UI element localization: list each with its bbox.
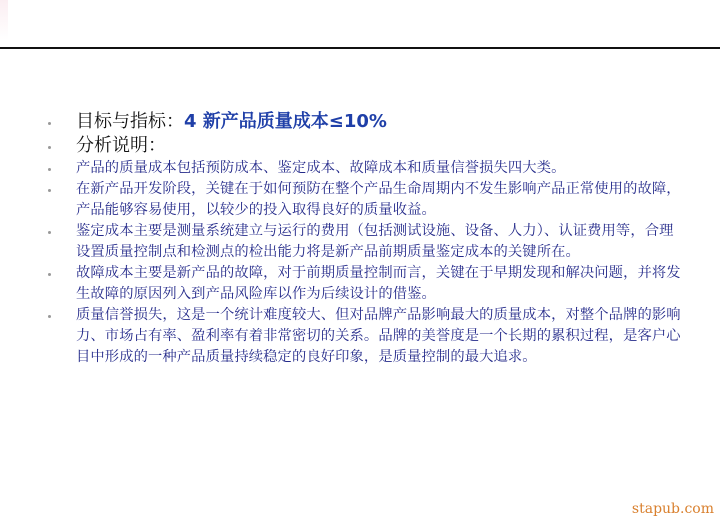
paragraph-text: 质量信誉损失，这是一个统计难度较大、但对品牌产品影响最大的质量成本，对整个品牌的…	[76, 307, 681, 365]
paragraph-prevention: 在新产品开发阶段，关键在于如何预防在整个产品生命周期内不发生影响产品正常使用的故…	[46, 179, 686, 221]
paragraph-reputation: 质量信誉损失，这是一个统计难度较大、但对品牌产品影响最大的质量成本，对整个品牌的…	[46, 305, 686, 368]
paragraph-cost-categories: 产品的质量成本包括预防成本、鉴定成本、故障成本和质量信誉损失四大类。	[46, 158, 686, 179]
corner-decoration	[0, 0, 8, 40]
paragraph-text: 在新产品开发阶段，关键在于如何预防在整个产品生命周期内不发生影响产品正常使用的故…	[76, 181, 681, 218]
paragraph-appraisal: 鉴定成本主要是测量系统建立与运行的费用（包括测试设施、设备、人力）、认证费用等，…	[46, 221, 686, 263]
goal-heading: 目标与指标：4 新产品质量成本≤10%	[46, 110, 686, 134]
analysis-label: 分析说明：	[76, 135, 166, 156]
watermark: stapub.com	[632, 501, 714, 517]
paragraph-failure: 故障成本主要是新产品的故障，对于前期质量控制而言，关键在于早期发现和解决问题，并…	[46, 263, 686, 305]
slide-content: 目标与指标：4 新产品质量成本≤10% 分析说明： 产品的质量成本包括预防成本、…	[46, 110, 686, 368]
bullet-icon	[48, 168, 51, 171]
paragraph-text: 鉴定成本主要是测量系统建立与运行的费用（包括测试设施、设备、人力）、认证费用等，…	[76, 223, 674, 260]
bullet-icon	[48, 189, 51, 192]
bullet-icon	[48, 315, 51, 318]
paragraph-text: 故障成本主要是新产品的故障，对于前期质量控制而言，关键在于早期发现和解决问题，并…	[76, 265, 681, 302]
bullet-icon	[48, 273, 51, 276]
bullet-icon	[48, 231, 51, 234]
goal-value: 4 新产品质量成本≤10%	[184, 111, 387, 132]
bullet-icon	[48, 146, 51, 149]
bullet-icon	[48, 122, 51, 125]
paragraph-text: 产品的质量成本包括预防成本、鉴定成本、故障成本和质量信誉损失四大类。	[76, 160, 566, 176]
goal-label: 目标与指标：	[76, 111, 184, 132]
header-divider	[0, 47, 720, 49]
analysis-heading: 分析说明：	[46, 134, 686, 158]
